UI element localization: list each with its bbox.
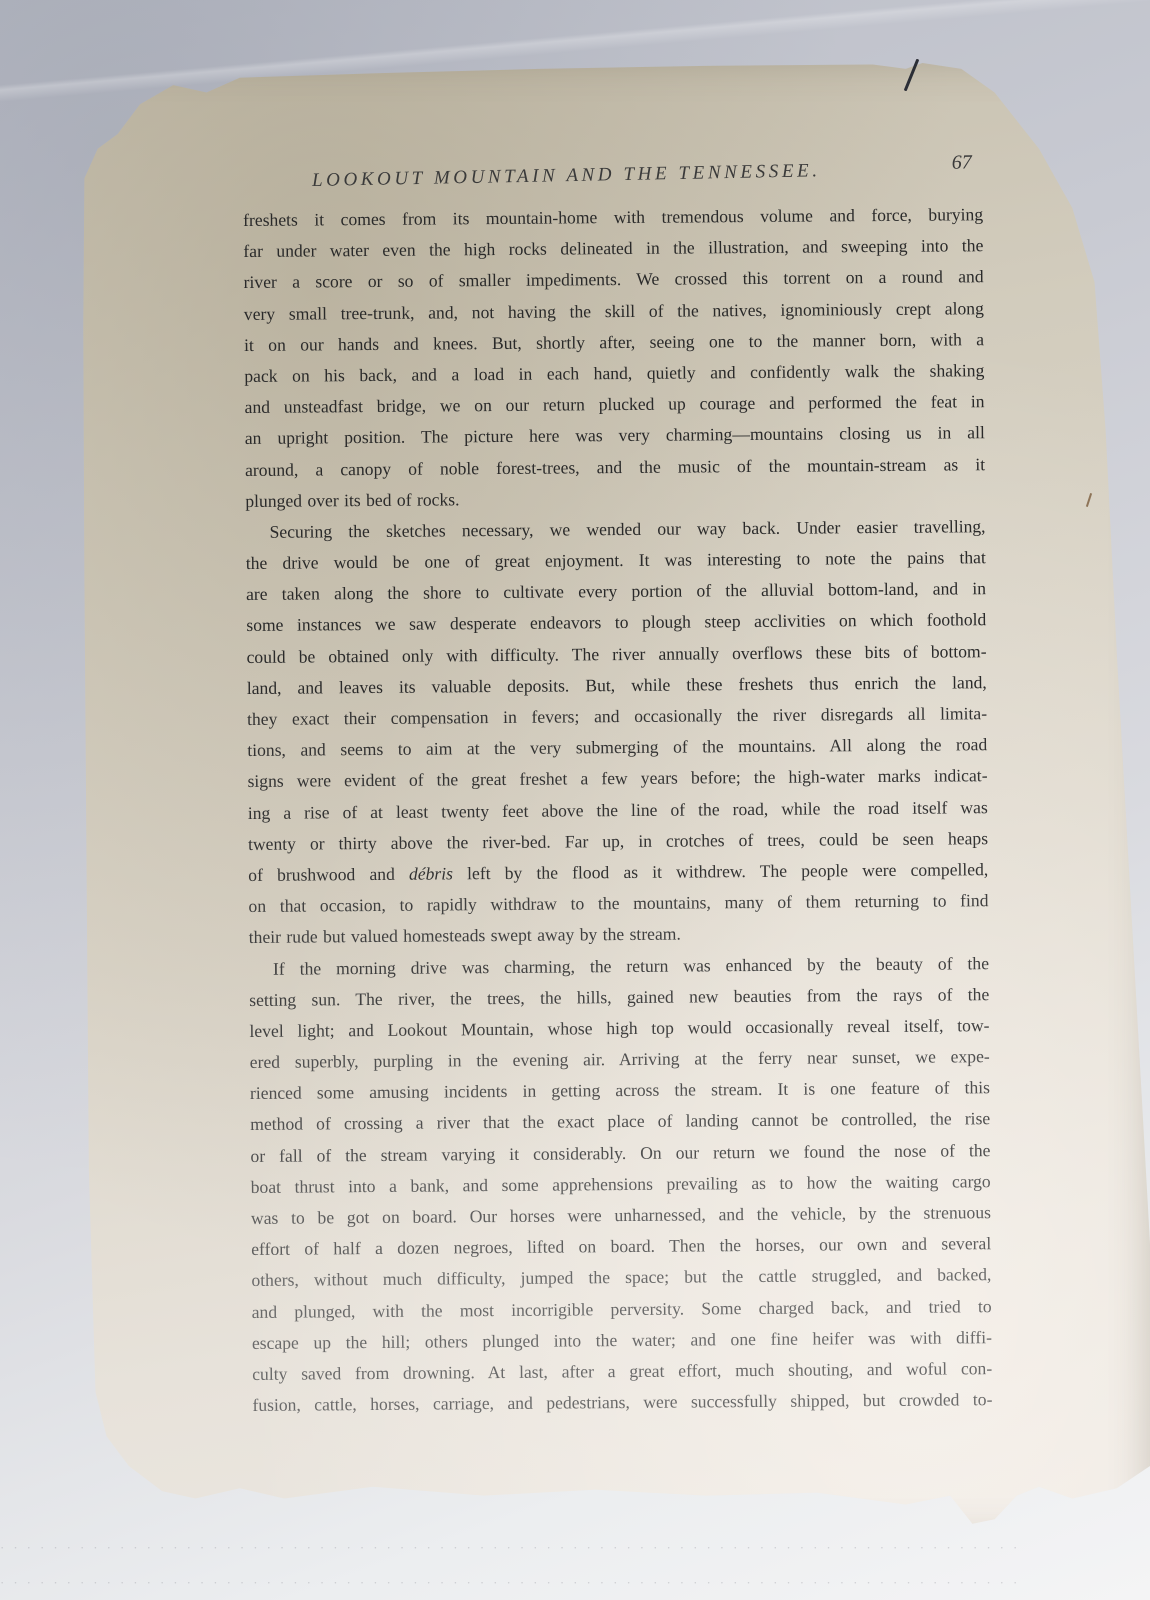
text-line: fusion, cattle, horses, carriage, and pe…	[252, 1384, 992, 1421]
italic-word: débris	[409, 863, 453, 883]
body-text: freshets it comes from its mountain-home…	[243, 199, 993, 1421]
text-line: river a score or so of smaller impedimen…	[243, 262, 983, 299]
paragraph: Securing the sketches necessary, we wend…	[245, 511, 988, 953]
running-title: LOOKOUT MOUNTAIN AND THE TENNESSEE.	[312, 160, 821, 192]
text-line: an upright position. The picture here wa…	[245, 417, 985, 454]
paragraph: freshets it comes from its mountain-home…	[243, 199, 985, 517]
text-line: around, a canopy of noble forest-trees, …	[245, 449, 985, 486]
text-line: others, without much difficulty, jumped …	[251, 1260, 991, 1297]
text-line: on that occasion, to rapidly withdraw to…	[248, 885, 988, 922]
show-through-text: ········································…	[0, 1540, 1150, 1550]
paragraph: If the morning drive was charming, the r…	[249, 948, 993, 1422]
show-through-text: ········································…	[0, 1575, 1150, 1585]
text-line: signs were evident of the great freshet …	[247, 761, 987, 798]
page-number: 67	[952, 151, 972, 174]
